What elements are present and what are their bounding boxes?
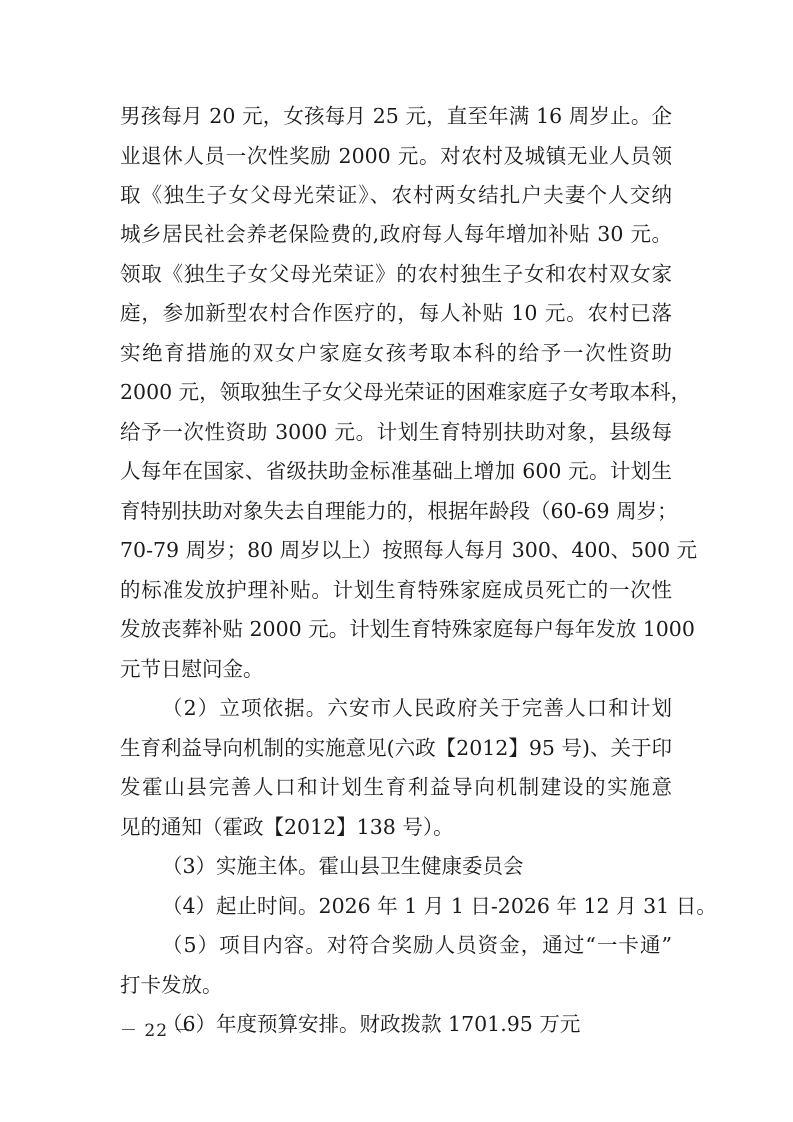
paragraph-implementing-body: （3）实施主体。霍山县卫生健康委员会 <box>162 851 672 881</box>
text-line: 领取《独生子女父母光荣证》的农村独生子女和农村双女家 <box>120 259 672 289</box>
text-line: 2000 元，领取独生子女父母光荣证的困难家庭子女考取本科， <box>120 377 672 407</box>
text-line: 发霍山县完善人口和计划生育利益导向机制建设的实施意 <box>120 772 672 802</box>
text-line: 业退休人员一次性奖励 2000 元。对农村及城镇无业人员领 <box>120 141 672 171</box>
text-line: 实绝育措施的双女户家庭女孩考取本科的给予一次性资助 <box>120 338 672 368</box>
text-line: 庭，参加新型农村合作医疗的，每人补贴 10 元。农村已落 <box>120 298 672 328</box>
page-number: － 22 － <box>120 1016 192 1041</box>
text-line: 城乡居民社会养老保险费的,政府每人每年增加补贴 30 元。 <box>120 219 672 249</box>
document-page: 男孩每月 20 元，女孩每月 25 元，直至年满 16 周岁止。企 业退休人员一… <box>0 0 793 1122</box>
paragraph-start-end-time: （4）起止时间。2026 年 1 月 1 日-2026 年 12 月 31 日。 <box>162 891 672 921</box>
text-line: 生育利益导向机制的实施意见(六政【2012】95 号)、关于印 <box>120 733 672 763</box>
text-line: 打卡发放。 <box>120 970 672 1000</box>
text-line: 取《独生子女父母光荣证》、农村两女结扎户夫妻个人交纳 <box>120 180 672 210</box>
text-line: 育特别扶助对象失去自理能力的，根据年龄段（60-69 周岁； <box>120 496 672 526</box>
text-line: 发放丧葬补贴 2000 元。计划生育特殊家庭每户每年发放 1000 <box>120 614 672 644</box>
text-line: （5）项目内容。对符合奖励人员资金，通过“一卡通” <box>162 930 672 960</box>
text-line: 男孩每月 20 元，女孩每月 25 元，直至年满 16 周岁止。企 <box>120 101 672 131</box>
text-line: 给予一次性资助 3000 元。计划生育特别扶助对象，县级每 <box>120 417 672 447</box>
text-line: （2）立项依据。六安市人民政府关于完善人口和计划 <box>162 693 672 723</box>
text-line: 70-79 周岁；80 周岁以上）按照每人每月 300、400、500 元 <box>120 535 672 565</box>
paragraph-annual-budget: （6）年度预算安排。财政拨款 1701.95 万元 <box>162 1009 672 1039</box>
text-line: 元节日慰问金。 <box>120 654 672 684</box>
text-line: 见的通知（霍政【2012】138 号）。 <box>120 812 672 842</box>
text-line: 的标准发放护理补贴。计划生育特殊家庭成员死亡的一次性 <box>120 575 672 605</box>
text-line: 人每年在国家、省级扶助金标准基础上增加 600 元。计划生 <box>120 456 672 486</box>
